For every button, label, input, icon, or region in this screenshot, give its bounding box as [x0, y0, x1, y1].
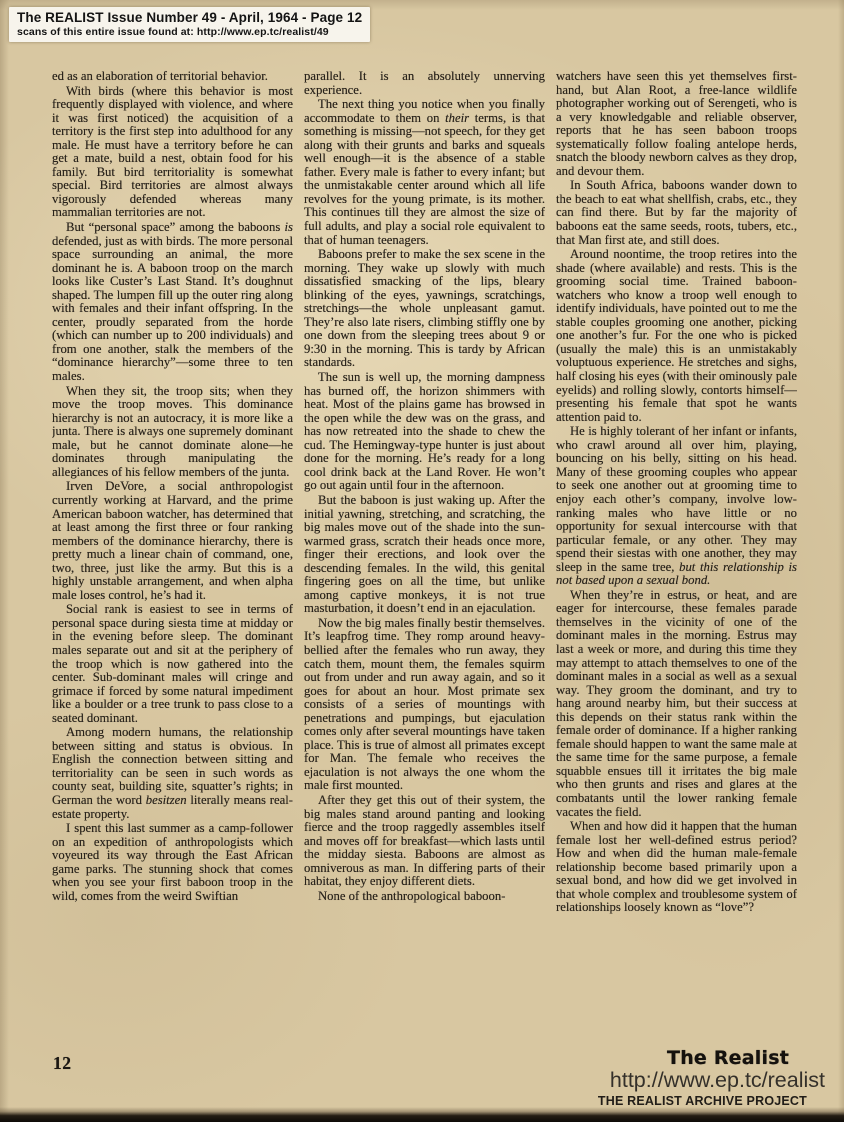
archive-url: http://www.ep.tc/realist	[610, 1068, 825, 1093]
scan-source-note: scans of this entire issue found at: htt…	[17, 26, 362, 38]
paragraph: watchers have seen this yet themselves f…	[556, 70, 797, 178]
issue-title: The REALIST Issue Number 49 - April, 196…	[17, 10, 362, 25]
paragraph: With birds (where this behavior is most …	[52, 85, 293, 220]
column-1: ed as an elaboration of territorial beha…	[52, 70, 293, 1064]
paragraph: Social rank is easiest to see in terms o…	[52, 603, 293, 725]
paragraph: parallel. It is an absolutely unnerving …	[304, 70, 545, 97]
paragraph: The next thing you notice when you final…	[304, 98, 545, 247]
article-columns: ed as an elaboration of territorial beha…	[52, 70, 798, 1064]
column-2: parallel. It is an absolutely unnerving …	[304, 70, 545, 1064]
realist-logo: The Realist	[667, 1047, 789, 1069]
paragraph: Now the big males finally bestir themsel…	[304, 617, 545, 793]
paragraph: When and how did it happen that the huma…	[556, 820, 797, 915]
column-3: watchers have seen this yet themselves f…	[556, 70, 797, 1064]
paragraph: Around noontime, the troop retires into …	[556, 248, 797, 424]
paragraph: But “personal space” among the baboons i…	[52, 221, 293, 384]
paragraph: Irven DeVore, a social anthropologist cu…	[52, 480, 293, 602]
paragraph: ed as an elaboration of territorial beha…	[52, 70, 293, 84]
paragraph: I spent this last summer as a camp-follo…	[52, 822, 293, 903]
paragraph: Among modern humans, the relationship be…	[52, 726, 293, 821]
paragraph: But the baboon is just waking up. After …	[304, 494, 545, 616]
scan-bottom-edge	[0, 1107, 844, 1122]
page-number: 12	[53, 1053, 72, 1074]
paragraph: After they get this out of their system,…	[304, 794, 545, 889]
paragraph: The sun is well up, the morning dampness…	[304, 371, 545, 493]
paragraph: Baboons prefer to make the sex scene in …	[304, 248, 545, 370]
archive-project-label: THE REALIST ARCHIVE PROJECT	[598, 1094, 807, 1108]
paragraph: When they sit, the troop sits; when they…	[52, 385, 293, 480]
header-banner: The REALIST Issue Number 49 - April, 196…	[9, 7, 370, 42]
paragraph: None of the anthropological baboon-	[304, 890, 545, 904]
paragraph: When they’re in estrus, or heat, and are…	[556, 589, 797, 819]
paragraph: In South Africa, baboons wander down to …	[556, 179, 797, 247]
paragraph: He is highly tolerant of her infant or i…	[556, 425, 797, 588]
